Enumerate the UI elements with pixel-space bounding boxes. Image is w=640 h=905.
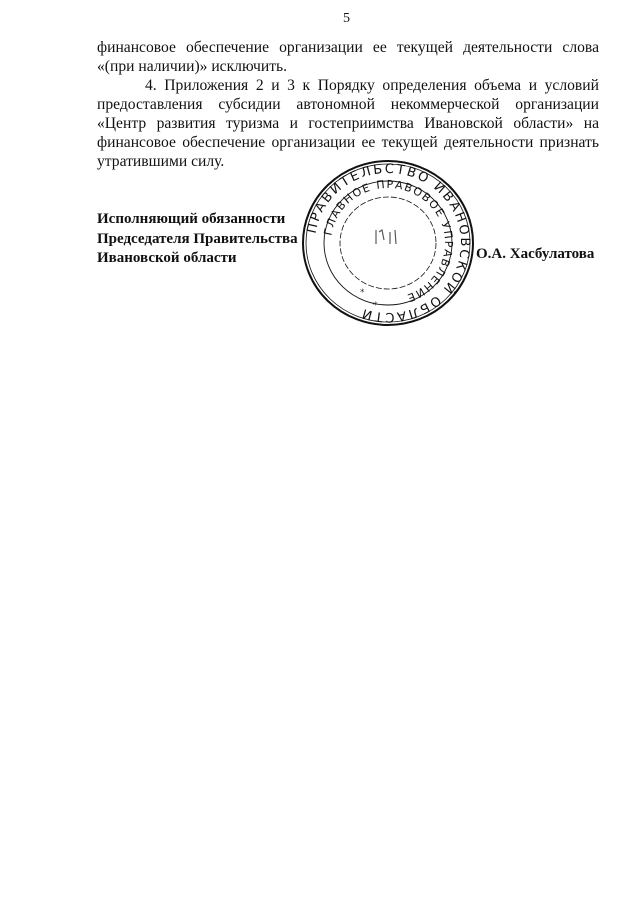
- position-line: Ивановской области: [97, 249, 298, 269]
- svg-text:*: *: [373, 301, 378, 311]
- text-line: предоставления субсидии автономной неком…: [97, 95, 599, 114]
- paragraph-4: 4. Приложения 2 и 3 к Порядку определени…: [97, 76, 599, 171]
- text-line: «(при наличии)» исключить.: [97, 57, 599, 76]
- text-line: «Центр развития туризма и гостеприимства…: [97, 114, 599, 133]
- text-line: финансовое обеспечение организации ее те…: [97, 133, 599, 152]
- document-body: финансовое обеспечение организации ее те…: [97, 38, 599, 171]
- position-line: Председателя Правительства: [97, 230, 298, 250]
- paragraph-continuation: финансовое обеспечение организации ее те…: [97, 38, 599, 76]
- seal-icon: ПРАВИТЕЛЬСТВО ИВАНОВСКОЙ ОБЛАСТИ ГЛАВНОЕ…: [300, 158, 476, 328]
- text-line: финансовое обеспечение организации ее те…: [97, 38, 599, 57]
- official-seal-stamp: ПРАВИТЕЛЬСТВО ИВАНОВСКОЙ ОБЛАСТИ ГЛАВНОЕ…: [300, 158, 476, 328]
- signatory-position: Исполняющий обязанности Председателя Пра…: [97, 210, 298, 269]
- signatory-name: О.А. Хасбулатова: [476, 245, 594, 264]
- text-line: 4. Приложения 2 и 3 к Порядку определени…: [97, 76, 599, 95]
- page-number: 5: [343, 10, 350, 28]
- svg-text:*: *: [360, 288, 365, 298]
- position-line: Исполняющий обязанности: [97, 210, 298, 230]
